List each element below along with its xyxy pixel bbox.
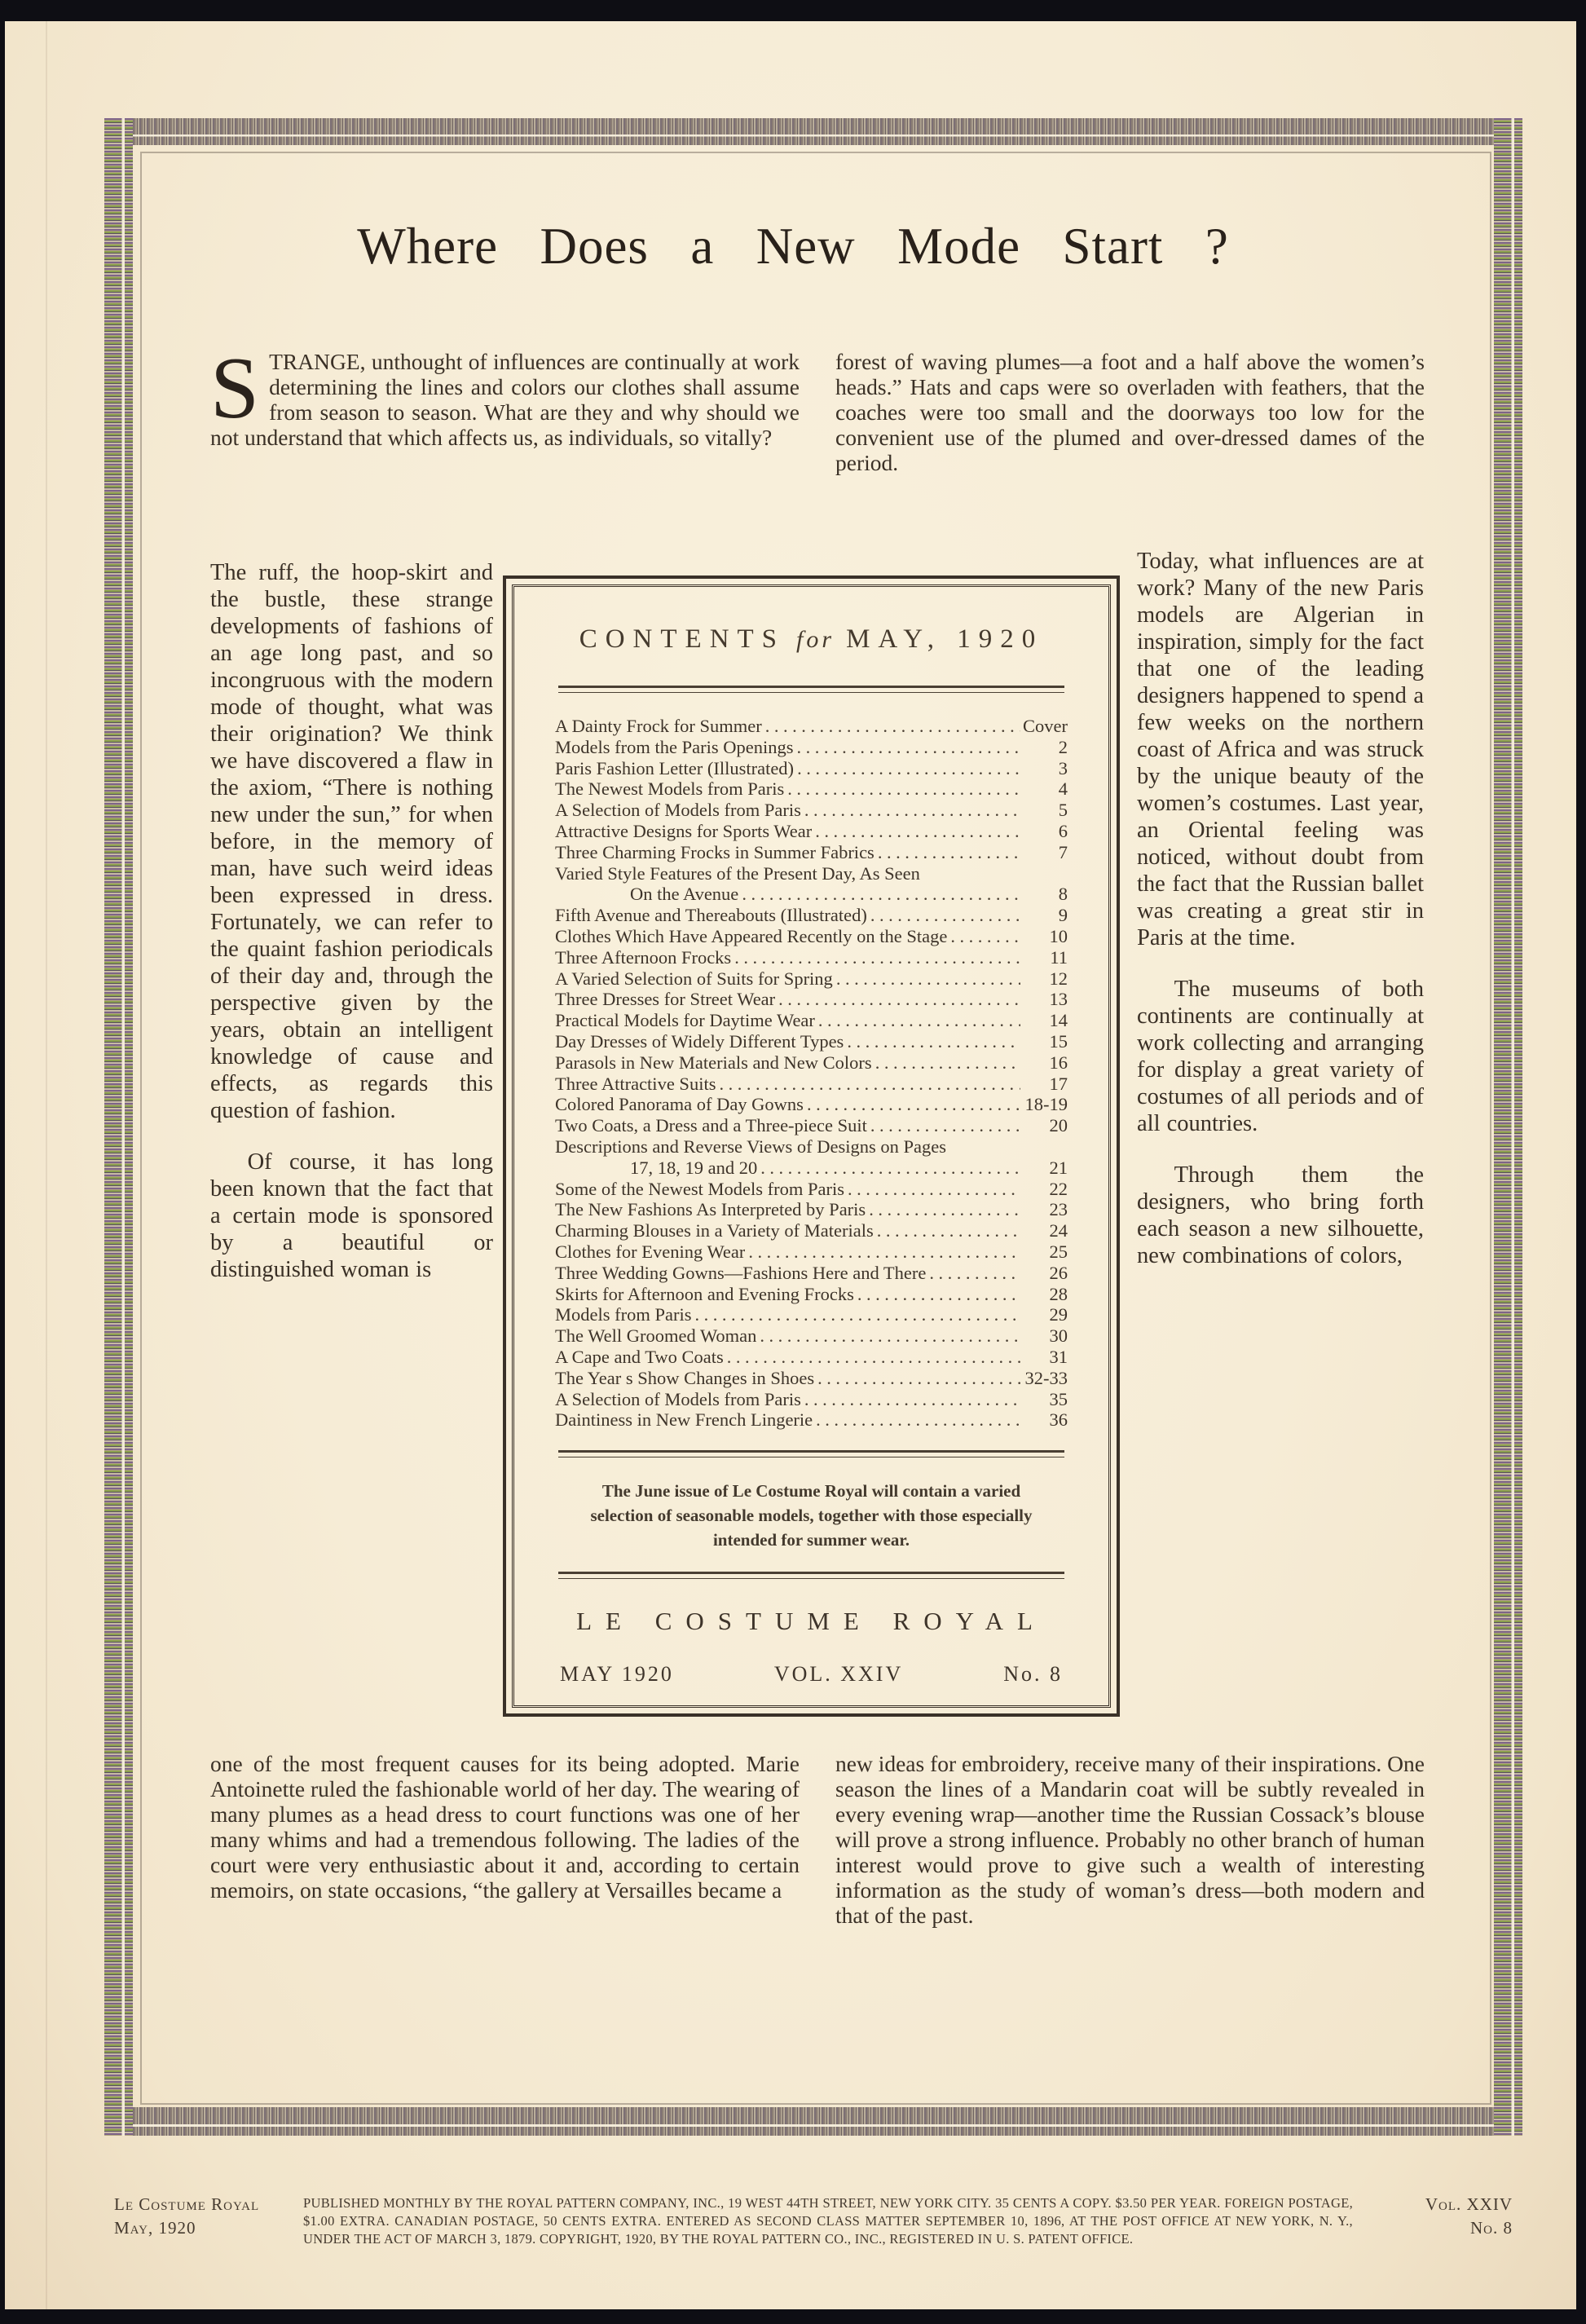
toc-entry: Three Afternoon Frocks11 bbox=[555, 947, 1068, 968]
issue-date: MAY 1920 bbox=[560, 1662, 674, 1687]
decorative-border-left bbox=[104, 118, 133, 2136]
toc-entry: A Varied Selection of Suits for Spring12 bbox=[555, 968, 1068, 990]
footer-left: Le Costume Royal May, 1920 bbox=[114, 2193, 293, 2240]
contents-brand: LE COSTUME ROYAL bbox=[555, 1607, 1068, 1636]
contents-header-date: MAY, 1920 bbox=[846, 624, 1043, 654]
toc-entry: Three Attractive Suits17 bbox=[555, 1074, 1068, 1095]
issue-volume: VOL. XXIV bbox=[774, 1662, 903, 1687]
toc-entry: The Year s Show Changes in Shoes32-33 bbox=[555, 1368, 1068, 1389]
bottom-left-column: one of the most frequent causes for its … bbox=[210, 1751, 800, 1928]
toc-entry: Some of the Newest Models from Paris22 bbox=[555, 1179, 1068, 1200]
toc-list: A Dainty Frock for SummerCoverModels fro… bbox=[555, 716, 1068, 1431]
left-column-paragraph-1: The ruff, the hoop-skirt and the bustle,… bbox=[210, 559, 493, 1124]
toc-entry: A Cape and Two Coats31 bbox=[555, 1347, 1068, 1368]
toc-entry: Paris Fashion Letter (Illustrated)3 bbox=[555, 758, 1068, 779]
intro-right-column: forest of waving plumes—a foot and a hal… bbox=[835, 349, 1425, 475]
toc-entry: Skirts for Afternoon and Evening Frocks2… bbox=[555, 1284, 1068, 1305]
issue-number: No. 8 bbox=[1003, 1662, 1063, 1687]
toc-entry: A Selection of Models from Paris35 bbox=[555, 1389, 1068, 1410]
bottom-left-text: one of the most frequent causes for its … bbox=[210, 1751, 800, 1903]
toc-entry: Models from the Paris Openings2 bbox=[555, 737, 1068, 758]
toc-entry: Models from Paris29 bbox=[555, 1304, 1068, 1325]
toc-entry: A Selection of Models from Paris5 bbox=[555, 800, 1068, 821]
intro-right-text: forest of waving plumes—a foot and a hal… bbox=[835, 349, 1425, 475]
toc-entry: Colored Panorama of Day Gowns18-19 bbox=[555, 1094, 1068, 1115]
right-column-paragraph-2: The museums of both continents are conti… bbox=[1137, 976, 1424, 1137]
toc-entry-continuation: On the Avenue8 bbox=[555, 884, 1068, 905]
bottom-right-column: new ideas for embroidery, receive many o… bbox=[835, 1751, 1425, 1928]
june-note: The June issue of Le Costume Royal will … bbox=[584, 1479, 1040, 1552]
magazine-page: Where Does a New Mode Start ? STRANGE, u… bbox=[0, 0, 1586, 2324]
toc-entry: Descriptions and Reverse Views of Design… bbox=[555, 1136, 1068, 1158]
toc-entry: Three Dresses for Street Wear13 bbox=[555, 989, 1068, 1010]
toc-entry: Clothes Which Have Appeared Recently on … bbox=[555, 926, 1068, 947]
toc-entry: Fifth Avenue and Thereabouts (Illustrate… bbox=[555, 905, 1068, 926]
footer-imprint: PUBLISHED MONTHLY BY THE ROYAL PATTERN C… bbox=[303, 2194, 1353, 2248]
toc-entry: Daintiness in New French Lingerie36 bbox=[555, 1409, 1068, 1431]
right-column-paragraph-1: Today, what influences are at work? Many… bbox=[1137, 548, 1424, 951]
contents-header-main: CONTENTS bbox=[579, 624, 785, 654]
bottom-right-text: new ideas for embroidery, receive many o… bbox=[835, 1751, 1425, 1928]
contents-box-inner: CONTENTSforMAY, 1920 A Dainty Frock for … bbox=[512, 584, 1111, 1708]
toc-entry: A Dainty Frock for SummerCover bbox=[555, 716, 1068, 737]
decorative-border-right bbox=[1494, 118, 1522, 2136]
article-title: Where Does a New Mode Start ? bbox=[147, 217, 1439, 276]
footer-right: Vol. XXIV No. 8 bbox=[1390, 2193, 1513, 2240]
page-crease bbox=[46, 21, 47, 2309]
toc-entry: Practical Models for Daytime Wear14 bbox=[555, 1010, 1068, 1031]
footer-right-number: No. 8 bbox=[1390, 2216, 1513, 2240]
footer-left-title: Le Costume Royal bbox=[114, 2193, 293, 2216]
toc-entry: Three Charming Frocks in Summer Fabrics7 bbox=[555, 842, 1068, 863]
left-column-paragraph-2: Of course, it has long been known that t… bbox=[210, 1149, 493, 1283]
right-column-paragraph-3: Through them the designers, who bring fo… bbox=[1137, 1162, 1424, 1269]
toc-entry: The New Fashions As Interpreted by Paris… bbox=[555, 1199, 1068, 1220]
contents-header: CONTENTSforMAY, 1920 bbox=[555, 624, 1068, 655]
contents-rule-top bbox=[558, 686, 1064, 693]
intro-section: STRANGE, unthought of influences are con… bbox=[210, 349, 1425, 475]
toc-entry: Charming Blouses in a Variety of Materia… bbox=[555, 1220, 1068, 1241]
intro-left-column: STRANGE, unthought of influences are con… bbox=[210, 349, 800, 475]
toc-entry: Day Dresses of Widely Different Types15 bbox=[555, 1031, 1068, 1052]
toc-entry: The Well Groomed Woman30 bbox=[555, 1325, 1068, 1347]
right-column: Today, what influences are at work? Many… bbox=[1137, 548, 1424, 1269]
contents-box: CONTENTSforMAY, 1920 A Dainty Frock for … bbox=[503, 575, 1120, 1717]
toc-entry: Attractive Designs for Sports Wear6 bbox=[555, 821, 1068, 842]
footer-right-volume: Vol. XXIV bbox=[1390, 2193, 1513, 2216]
footer-left-date: May, 1920 bbox=[114, 2216, 293, 2240]
decorative-border-bottom bbox=[104, 2107, 1522, 2136]
contents-header-for: for bbox=[796, 626, 835, 653]
contents-rule-bottom bbox=[558, 1572, 1064, 1579]
toc-entry: Two Coats, a Dress and a Three-piece Sui… bbox=[555, 1115, 1068, 1136]
bottom-section: one of the most frequent causes for its … bbox=[210, 1751, 1425, 1928]
toc-entry: Parasols in New Materials and New Colors… bbox=[555, 1052, 1068, 1074]
intro-left-text: TRANGE, unthought of influences are cont… bbox=[210, 349, 800, 450]
footer: Le Costume Royal May, 1920 PUBLISHED MON… bbox=[114, 2193, 1513, 2248]
toc-entry: Clothes for Evening Wear25 bbox=[555, 1241, 1068, 1263]
toc-entry-continuation: 17, 18, 19 and 2021 bbox=[555, 1158, 1068, 1179]
toc-entry: Three Wedding Gowns—Fashions Here and Th… bbox=[555, 1263, 1068, 1284]
drop-cap: S bbox=[210, 349, 269, 422]
decorative-border-top bbox=[104, 118, 1522, 145]
toc-entry: Varied Style Features of the Present Day… bbox=[555, 863, 1068, 884]
issue-row: MAY 1920 VOL. XXIV No. 8 bbox=[560, 1662, 1063, 1687]
left-column: The ruff, the hoop-skirt and the bustle,… bbox=[210, 559, 493, 1283]
contents-rule-mid bbox=[558, 1450, 1064, 1457]
toc-entry: The Newest Models from Paris4 bbox=[555, 778, 1068, 800]
